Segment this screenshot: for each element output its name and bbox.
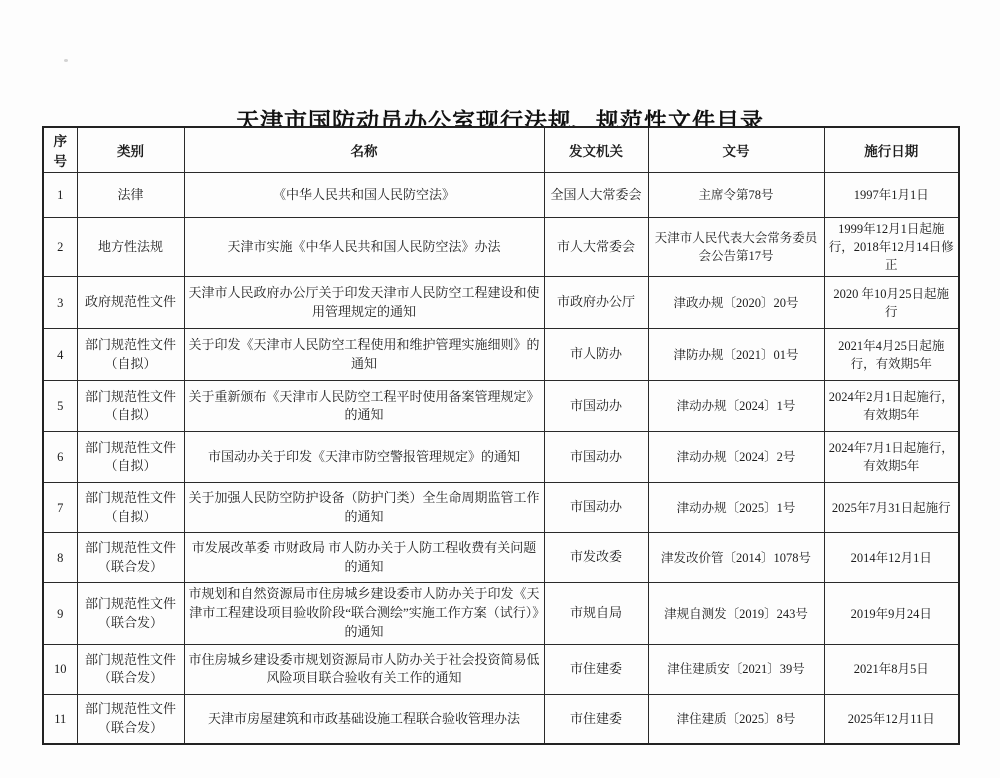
cell-serial-number: 1 [43,173,77,218]
table-row: 8 部门规范性文件 （联合发） 市发展改革委 市财政局 市人防办关于人防工程收费… [43,533,959,583]
cell-category: 部门规范性文件 （联合发） [77,583,184,645]
cell-document-name: 天津市人民政府办公厅关于印发天津市人民防空工程建设和使用管理规定的通知 [184,277,544,329]
cell-document-name: 关于加强人民防空防护设备（防护门类）全生命周期监管工作的通知 [184,483,544,533]
cell-issuing-agency: 市规自局 [544,583,648,645]
cell-document-number: 天津市人民代表大会常务委员会公告第17号 [648,218,824,277]
cell-category: 部门规范性文件 （联合发） [77,644,184,694]
cell-issuing-agency: 全国人大常委会 [544,173,648,218]
table-row: 11 部门规范性文件 （联合发） 天津市房屋建筑和市政基础设施工程联合验收管理办… [43,694,959,744]
table-row: 6 部门规范性文件 （自拟） 市国动办关于印发《天津市防空警报管理规定》的通知 … [43,432,959,483]
scan-speck [64,59,68,62]
cell-issuing-agency: 市国动办 [544,483,648,533]
table-header-row: 序号类别名称发文机关文号施行日期 [43,127,959,173]
cell-issuing-agency: 市住建委 [544,644,648,694]
cell-category: 部门规范性文件 （自拟） [77,432,184,483]
scanned-document-page: 天津市国防动员办公室现行法规、规范性文件目录 序号类别名称发文机关文号施行日期 … [0,0,1000,778]
column-header: 文号 [648,127,824,173]
cell-effective-date: 2025年7月31日起施行 [824,483,959,533]
column-header: 名称 [184,127,544,173]
table-row: 1 法律 《中华人民共和国人民防空法》 全国人大常委会 主席令第78号 1997… [43,173,959,218]
cell-issuing-agency: 市国动办 [544,381,648,432]
cell-issuing-agency: 市人防办 [544,329,648,381]
table-row: 3 政府规范性文件 天津市人民政府办公厅关于印发天津市人民防空工程建设和使用管理… [43,277,959,329]
column-header: 发文机关 [544,127,648,173]
table-row: 4 部门规范性文件 （自拟） 关于印发《天津市人民防空工程使用和维护管理实施细则… [43,329,959,381]
cell-document-name: 《中华人民共和国人民防空法》 [184,173,544,218]
table-row: 2 地方性法规 天津市实施《中华人民共和国人民防空法》办法 市人大常委会 天津市… [43,218,959,277]
table-row: 9 部门规范性文件 （联合发） 市规划和自然资源局市住房城乡建设委市人防办关于印… [43,583,959,645]
cell-effective-date: 2024年7月1日起施行，有效期5年 [824,432,959,483]
cell-serial-number: 11 [43,694,77,744]
cell-serial-number: 5 [43,381,77,432]
cell-effective-date: 2021年8月5日 [824,644,959,694]
cell-serial-number: 2 [43,218,77,277]
cell-issuing-agency: 市发改委 [544,533,648,583]
cell-category: 部门规范性文件 （联合发） [77,533,184,583]
cell-category: 政府规范性文件 [77,277,184,329]
cell-document-number: 津防办规〔2021〕01号 [648,329,824,381]
cell-serial-number: 7 [43,483,77,533]
cell-effective-date: 2019年9月24日 [824,583,959,645]
table-row: 10 部门规范性文件 （联合发） 市住房城乡建设委市规划资源局市人防办关于社会投… [43,644,959,694]
cell-issuing-agency: 市国动办 [544,432,648,483]
cell-effective-date: 1997年1月1日 [824,173,959,218]
cell-serial-number: 3 [43,277,77,329]
cell-category: 部门规范性文件 （自拟） [77,381,184,432]
cell-document-number: 津发改价管〔2014〕1078号 [648,533,824,583]
regulations-table: 序号类别名称发文机关文号施行日期 1 法律 《中华人民共和国人民防空法》 全国人… [42,126,960,745]
cell-serial-number: 6 [43,432,77,483]
cell-category: 部门规范性文件 （自拟） [77,483,184,533]
cell-category: 法律 [77,173,184,218]
cell-serial-number: 10 [43,644,77,694]
cell-document-number: 主席令第78号 [648,173,824,218]
cell-effective-date: 2024年2月1日起施行，有效期5年 [824,381,959,432]
cell-document-number: 津住建质〔2025〕8号 [648,694,824,744]
cell-effective-date: 1999年12月1日起施行，2018年12月14日修正 [824,218,959,277]
cell-document-number: 津规自测发〔2019〕243号 [648,583,824,645]
cell-effective-date: 2020 年10月25日起施行 [824,277,959,329]
cell-issuing-agency: 市住建委 [544,694,648,744]
cell-category: 部门规范性文件 （联合发） [77,694,184,744]
cell-issuing-agency: 市政府办公厅 [544,277,648,329]
cell-effective-date: 2014年12月1日 [824,533,959,583]
table-row: 7 部门规范性文件 （自拟） 关于加强人民防空防护设备（防护门类）全生命周期监管… [43,483,959,533]
cell-document-name: 天津市实施《中华人民共和国人民防空法》办法 [184,218,544,277]
cell-document-number: 津住建质安〔2021〕39号 [648,644,824,694]
cell-document-name: 市发展改革委 市财政局 市人防办关于人防工程收费有关问题的通知 [184,533,544,583]
column-header: 施行日期 [824,127,959,173]
cell-category: 部门规范性文件 （自拟） [77,329,184,381]
cell-document-number: 津动办规〔2024〕1号 [648,381,824,432]
cell-serial-number: 4 [43,329,77,381]
cell-document-number: 津政办规〔2020〕20号 [648,277,824,329]
cell-document-number: 津动办规〔2024〕2号 [648,432,824,483]
table-row: 5 部门规范性文件 （自拟） 关于重新颁布《天津市人民防空工程平时使用备案管理规… [43,381,959,432]
cell-document-name: 市规划和自然资源局市住房城乡建设委市人防办关于印发《天津市工程建设项目验收阶段“… [184,583,544,645]
column-header: 类别 [77,127,184,173]
column-header: 序号 [43,127,77,173]
cell-document-name: 天津市房屋建筑和市政基础设施工程联合验收管理办法 [184,694,544,744]
cell-issuing-agency: 市人大常委会 [544,218,648,277]
cell-effective-date: 2025年12月11日 [824,694,959,744]
cell-document-name: 关于印发《天津市人民防空工程使用和维护管理实施细则》的通知 [184,329,544,381]
cell-effective-date: 2021年4月25日起施行，有效期5年 [824,329,959,381]
cell-document-name: 关于重新颁布《天津市人民防空工程平时使用备案管理规定》的通知 [184,381,544,432]
cell-document-number: 津动办规〔2025〕1号 [648,483,824,533]
cell-serial-number: 8 [43,533,77,583]
cell-serial-number: 9 [43,583,77,645]
cell-document-name: 市住房城乡建设委市规划资源局市人防办关于社会投资简易低风险项目联合验收有关工作的… [184,644,544,694]
cell-document-name: 市国动办关于印发《天津市防空警报管理规定》的通知 [184,432,544,483]
cell-category: 地方性法规 [77,218,184,277]
